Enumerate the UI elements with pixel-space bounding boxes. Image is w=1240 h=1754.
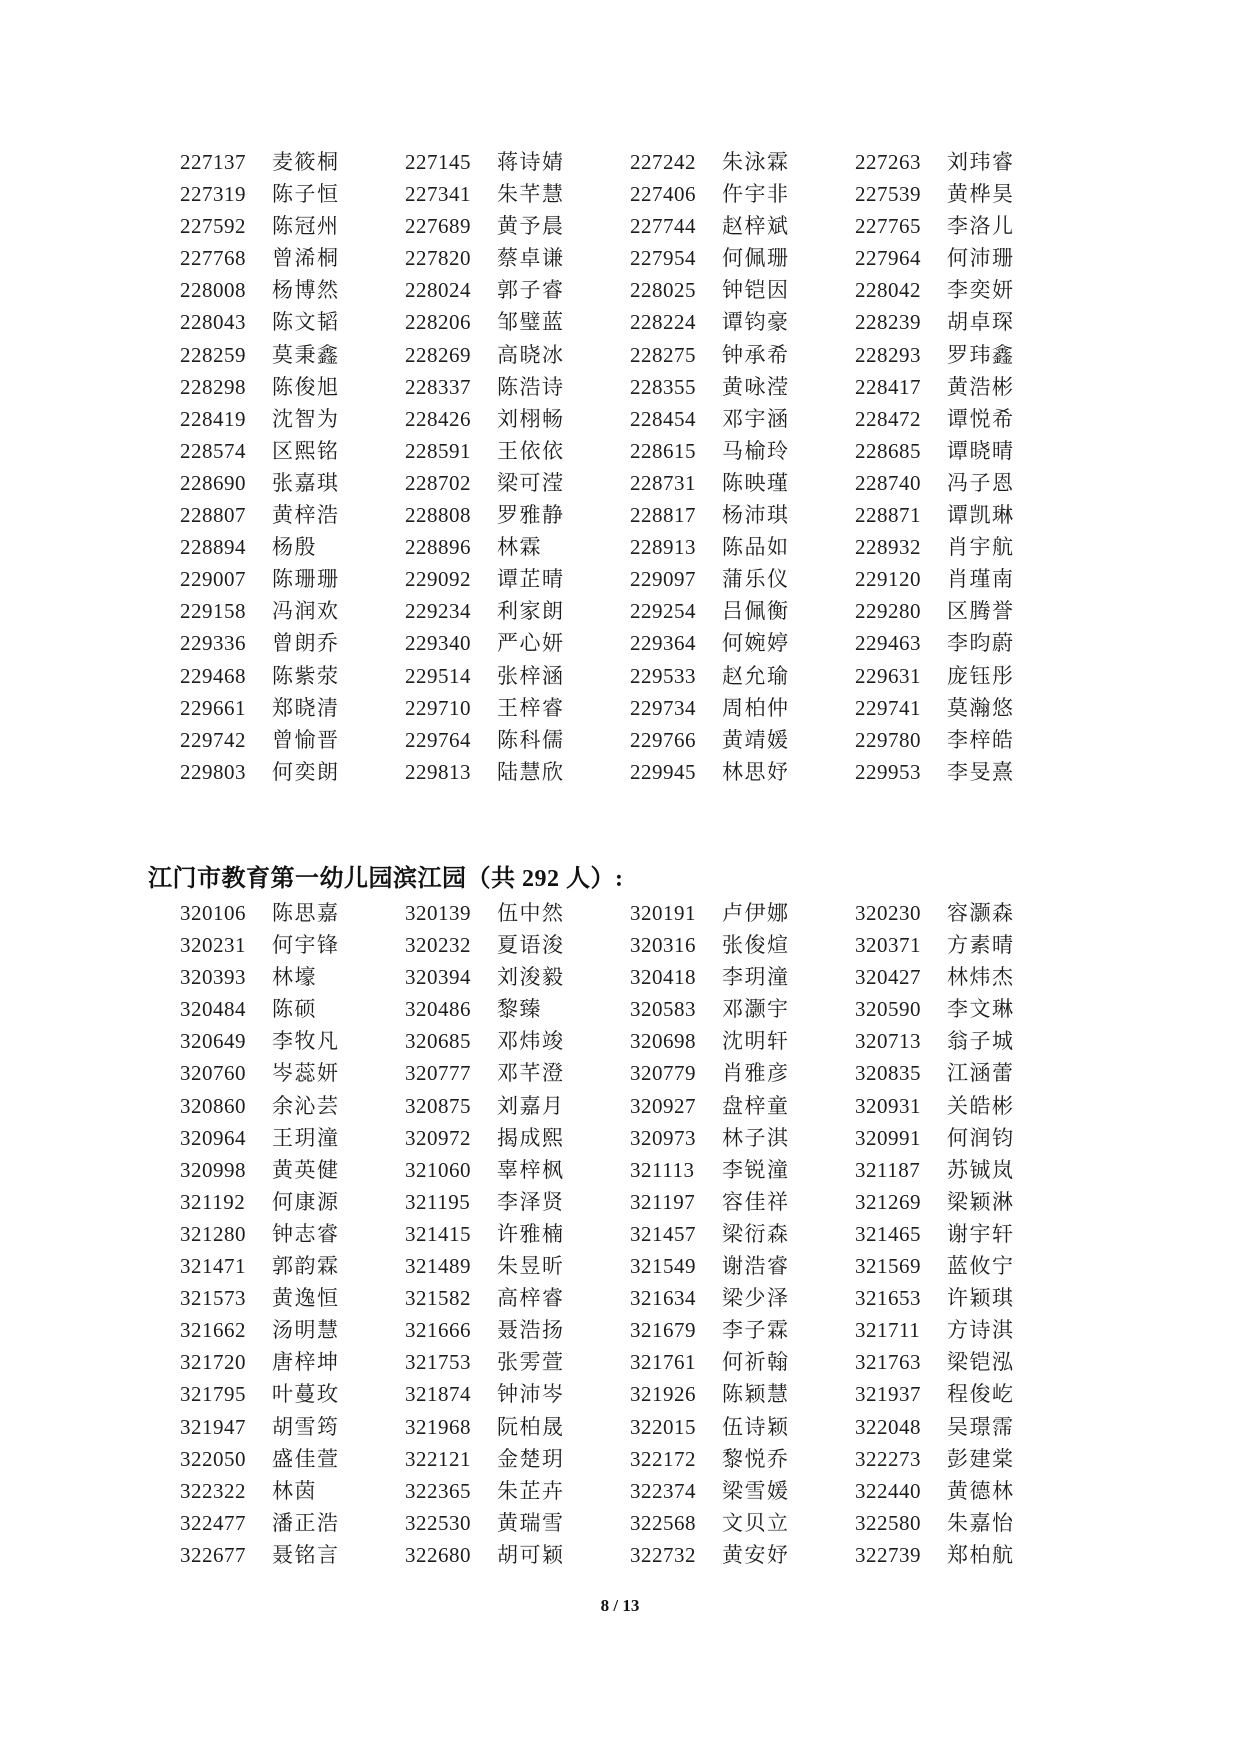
student-name: 刘玮睿 <box>923 146 1080 178</box>
student-name: 黎臻 <box>473 993 630 1025</box>
student-id: 322374 <box>630 1475 698 1507</box>
roster-row: 320649李牧凡320685邓炜竣320698沈明轩320713翁子城 <box>180 1025 1080 1057</box>
student-name: 朱昱昕 <box>473 1250 630 1282</box>
student-name: 张雱萱 <box>473 1346 630 1378</box>
roster-row: 228043陈文韬228206邹璧蓝228224谭钧豪228239胡卓琛 <box>180 306 1080 338</box>
student-name: 朱泳霖 <box>698 146 855 178</box>
student-id: 321761 <box>630 1346 698 1378</box>
roster-row: 229742曾愉晋229764陈科儒229766黄靖媛229780李梓皓 <box>180 724 1080 756</box>
student-id: 320931 <box>855 1090 923 1122</box>
student-name: 朱芊慧 <box>473 178 630 210</box>
student-name: 梁颖淋 <box>923 1186 1080 1218</box>
student-id: 228740 <box>855 467 923 499</box>
student-name: 陈紫荥 <box>248 660 405 692</box>
student-name: 曾朗乔 <box>248 627 405 659</box>
student-id: 321489 <box>405 1250 473 1282</box>
student-id: 321187 <box>855 1154 923 1186</box>
student-id: 229364 <box>630 627 698 659</box>
student-id: 322568 <box>630 1507 698 1539</box>
student-id: 229953 <box>855 756 923 788</box>
student-name: 梁雪媛 <box>698 1475 855 1507</box>
roster-row: 321795叶蔓玫321874钟沛岑321926陈颖慧321937程俊屹 <box>180 1378 1080 1410</box>
student-id: 320191 <box>630 897 698 929</box>
student-name: 谢宇轩 <box>923 1218 1080 1250</box>
student-name: 胡雪筠 <box>248 1411 405 1443</box>
student-name: 陈映瑾 <box>698 467 855 499</box>
student-name: 黄瑞雪 <box>473 1507 630 1539</box>
student-name: 刘栩畅 <box>473 403 630 435</box>
student-name: 胡可颖 <box>473 1539 630 1571</box>
student-id: 228454 <box>630 403 698 435</box>
student-id: 322048 <box>855 1411 923 1443</box>
student-name: 杨博然 <box>248 274 405 306</box>
student-name: 曾浠桐 <box>248 242 405 274</box>
student-name: 汤明慧 <box>248 1314 405 1346</box>
student-name: 谭芷晴 <box>473 563 630 595</box>
student-id: 229813 <box>405 756 473 788</box>
roster-row: 228298陈俊旭228337陈浩诗228355黄咏滢228417黄浩彬 <box>180 371 1080 403</box>
student-name: 李奕妍 <box>923 274 1080 306</box>
student-id: 229766 <box>630 724 698 756</box>
student-id: 227820 <box>405 242 473 274</box>
student-id: 321795 <box>180 1378 248 1410</box>
student-name: 张梓涵 <box>473 660 630 692</box>
student-name: 阮柏晟 <box>473 1411 630 1443</box>
student-name: 何沛珊 <box>923 242 1080 274</box>
document-page: 227137麦筱桐227145蒋诗婧227242朱泳霖227263刘玮睿2273… <box>0 0 1240 1754</box>
student-id: 321569 <box>855 1250 923 1282</box>
roster-row: 228574区熙铭228591王依依228615马榆玲228685谭晓晴 <box>180 435 1080 467</box>
student-id: 227137 <box>180 146 248 178</box>
student-name: 沈明轩 <box>698 1025 855 1057</box>
student-id: 228817 <box>630 499 698 531</box>
student-name: 郭子睿 <box>473 274 630 306</box>
student-name: 辜梓枫 <box>473 1154 630 1186</box>
student-name: 谢浩睿 <box>698 1250 855 1282</box>
student-id: 228275 <box>630 339 698 371</box>
student-name: 吴璟霈 <box>923 1411 1080 1443</box>
roster-row: 322050盛佳萱322121金楚玥322172黎悦乔322273彭建棠 <box>180 1443 1080 1475</box>
student-id: 320860 <box>180 1090 248 1122</box>
student-name: 邓芊澄 <box>473 1057 630 1089</box>
student-name: 李梓皓 <box>923 724 1080 756</box>
student-id: 228206 <box>405 306 473 338</box>
student-name: 苏铖岚 <box>923 1154 1080 1186</box>
student-name: 黄德林 <box>923 1475 1080 1507</box>
student-name: 利家朗 <box>473 595 630 627</box>
student-id: 229254 <box>630 595 698 627</box>
student-id: 228932 <box>855 531 923 563</box>
student-id: 227954 <box>630 242 698 274</box>
student-id: 321269 <box>855 1186 923 1218</box>
student-id: 320713 <box>855 1025 923 1057</box>
student-name: 陈俊旭 <box>248 371 405 403</box>
student-id: 321679 <box>630 1314 698 1346</box>
student-id: 321874 <box>405 1378 473 1410</box>
student-id: 322739 <box>855 1539 923 1571</box>
student-name: 钟承希 <box>698 339 855 371</box>
student-id: 229336 <box>180 627 248 659</box>
roster-row: 229336曾朗乔229340严心妍229364何婉婷229463李昀蔚 <box>180 627 1080 659</box>
student-name: 杨殷 <box>248 531 405 563</box>
student-name: 沈智为 <box>248 403 405 435</box>
student-name: 叶蔓玫 <box>248 1378 405 1410</box>
student-id: 228024 <box>405 274 473 306</box>
student-id: 228298 <box>180 371 248 403</box>
student-id: 228731 <box>630 467 698 499</box>
student-name: 冯子恩 <box>923 467 1080 499</box>
student-name: 朱嘉怡 <box>923 1507 1080 1539</box>
roster-row: 228807黄梓浩228808罗雅静228817杨沛琪228871谭凯琳 <box>180 499 1080 531</box>
student-name: 何宇锋 <box>248 929 405 961</box>
student-name: 容灏森 <box>923 897 1080 929</box>
student-name: 翁子城 <box>923 1025 1080 1057</box>
student-name: 蔡卓谦 <box>473 242 630 274</box>
student-name: 刘浚毅 <box>473 961 630 993</box>
student-id: 228807 <box>180 499 248 531</box>
roster-row: 320860余沁芸320875刘嘉月320927盘梓童320931关皓彬 <box>180 1090 1080 1122</box>
student-id: 320972 <box>405 1122 473 1154</box>
student-name: 曾愉晋 <box>248 724 405 756</box>
student-id: 228426 <box>405 403 473 435</box>
student-id: 320484 <box>180 993 248 1025</box>
student-id: 229780 <box>855 724 923 756</box>
student-id: 320394 <box>405 961 473 993</box>
student-id: 229463 <box>855 627 923 659</box>
student-name: 区腾誉 <box>923 595 1080 627</box>
student-id: 228685 <box>855 435 923 467</box>
student-id: 321192 <box>180 1186 248 1218</box>
student-name: 李昀蔚 <box>923 627 1080 659</box>
student-name: 蒲乐仪 <box>698 563 855 595</box>
student-id: 229741 <box>855 692 923 724</box>
student-id: 320991 <box>855 1122 923 1154</box>
student-name: 黄梓浩 <box>248 499 405 531</box>
student-name: 陈珊珊 <box>248 563 405 595</box>
student-id: 228239 <box>855 306 923 338</box>
student-name: 郑柏航 <box>923 1539 1080 1571</box>
student-id: 321666 <box>405 1314 473 1346</box>
student-name: 何奕朗 <box>248 756 405 788</box>
student-id: 321947 <box>180 1411 248 1443</box>
student-name: 许颖琪 <box>923 1282 1080 1314</box>
student-id: 320964 <box>180 1122 248 1154</box>
student-id: 227145 <box>405 146 473 178</box>
student-id: 321113 <box>630 1154 698 1186</box>
student-id: 322477 <box>180 1507 248 1539</box>
student-id: 227539 <box>855 178 923 210</box>
student-name: 金楚玥 <box>473 1443 630 1475</box>
student-id: 322677 <box>180 1539 248 1571</box>
student-id: 228702 <box>405 467 473 499</box>
student-id: 228896 <box>405 531 473 563</box>
roster-row: 320998黄英健321060辜梓枫321113李锐潼321187苏铖岚 <box>180 1154 1080 1186</box>
student-name: 陈品如 <box>698 531 855 563</box>
student-id: 229514 <box>405 660 473 692</box>
student-name: 岑蕊妍 <box>248 1057 405 1089</box>
roster-row: 320964王玥潼320972揭成熙320973林子淇320991何润钧 <box>180 1122 1080 1154</box>
student-id: 229120 <box>855 563 923 595</box>
student-name: 陈冠州 <box>248 210 405 242</box>
student-id: 228690 <box>180 467 248 499</box>
student-name: 莫瀚悠 <box>923 692 1080 724</box>
student-id: 227341 <box>405 178 473 210</box>
roster-row: 320231何宇锋320232夏语浚320316张俊煊320371方素晴 <box>180 929 1080 961</box>
student-name: 高梓睿 <box>473 1282 630 1314</box>
roster-row: 228894杨殷228896林霖228913陈品如228932肖宇航 <box>180 531 1080 563</box>
student-name: 吕佩衡 <box>698 595 855 627</box>
student-name: 陈浩诗 <box>473 371 630 403</box>
roster-row: 321192何康源321195李泽贤321197容佳祥321269梁颖淋 <box>180 1186 1080 1218</box>
student-name: 林霖 <box>473 531 630 563</box>
student-id: 229280 <box>855 595 923 627</box>
student-name: 陈文韬 <box>248 306 405 338</box>
student-name: 蓝攸宁 <box>923 1250 1080 1282</box>
student-id: 322680 <box>405 1539 473 1571</box>
student-id: 227242 <box>630 146 698 178</box>
student-id: 322530 <box>405 1507 473 1539</box>
student-name: 李锐潼 <box>698 1154 855 1186</box>
student-id: 229710 <box>405 692 473 724</box>
student-name: 郭韵霖 <box>248 1250 405 1282</box>
student-id: 227964 <box>855 242 923 274</box>
student-name: 陆慧欣 <box>473 756 630 788</box>
student-name: 陈思嘉 <box>248 897 405 929</box>
student-name: 黄靖媛 <box>698 724 855 756</box>
student-id: 321195 <box>405 1186 473 1218</box>
student-name: 林炜杰 <box>923 961 1080 993</box>
student-name: 钟志睿 <box>248 1218 405 1250</box>
student-name: 林思妤 <box>698 756 855 788</box>
student-id: 228269 <box>405 339 473 371</box>
student-name: 黄桦昊 <box>923 178 1080 210</box>
student-id: 320231 <box>180 929 248 961</box>
student-name: 罗雅静 <box>473 499 630 531</box>
roster-row: 321662汤明慧321666聂浩扬321679李子霖321711方诗淇 <box>180 1314 1080 1346</box>
roster-row: 322677聂铭言322680胡可颖322732黄安妤322739郑柏航 <box>180 1539 1080 1571</box>
student-id: 321720 <box>180 1346 248 1378</box>
student-id: 229764 <box>405 724 473 756</box>
student-id: 227263 <box>855 146 923 178</box>
student-name: 聂铭言 <box>248 1539 405 1571</box>
student-name: 盘梓童 <box>698 1090 855 1122</box>
student-id: 320427 <box>855 961 923 993</box>
student-name: 邓炜竣 <box>473 1025 630 1057</box>
student-id: 229945 <box>630 756 698 788</box>
student-name: 关皓彬 <box>923 1090 1080 1122</box>
student-name: 谭钧豪 <box>698 306 855 338</box>
student-id: 227592 <box>180 210 248 242</box>
student-id: 228913 <box>630 531 698 563</box>
student-name: 李旻熹 <box>923 756 1080 788</box>
student-name: 方诗淇 <box>923 1314 1080 1346</box>
student-id: 229007 <box>180 563 248 595</box>
student-name: 谭悦希 <box>923 403 1080 435</box>
student-id: 320927 <box>630 1090 698 1122</box>
student-id: 320230 <box>855 897 923 929</box>
student-id: 228417 <box>855 371 923 403</box>
student-id: 321549 <box>630 1250 698 1282</box>
student-name: 冯润欢 <box>248 595 405 627</box>
roster-row: 228008杨博然228024郭子睿228025钟铠因228042李奕妍 <box>180 274 1080 306</box>
roster-row: 229803何奕朗229813陆慧欣229945林思妤229953李旻熹 <box>180 756 1080 788</box>
student-id: 227689 <box>405 210 473 242</box>
student-id: 228293 <box>855 339 923 371</box>
student-name: 何佩珊 <box>698 242 855 274</box>
roster-row: 322322林茵322365朱芷卉322374梁雪媛322440黄德林 <box>180 1475 1080 1507</box>
student-id: 229468 <box>180 660 248 692</box>
student-name: 夏语浚 <box>473 929 630 961</box>
student-id: 322050 <box>180 1443 248 1475</box>
student-id: 228808 <box>405 499 473 531</box>
roster-row: 321471郭韵霖321489朱昱昕321549谢浩睿321569蓝攸宁 <box>180 1250 1080 1282</box>
student-name: 杨沛琪 <box>698 499 855 531</box>
roster-row: 229007陈珊珊229092谭芷晴229097蒲乐仪229120肖瑾南 <box>180 563 1080 595</box>
roster-row: 227137麦筱桐227145蒋诗婧227242朱泳霖227263刘玮睿 <box>180 146 1080 178</box>
student-id: 322322 <box>180 1475 248 1507</box>
roster-row: 320393林壕320394刘浚毅320418李玥潼320427林炜杰 <box>180 961 1080 993</box>
roster-row: 227319陈子恒227341朱芊慧227406仵宇非227539黄桦昊 <box>180 178 1080 210</box>
student-name: 揭成熙 <box>473 1122 630 1154</box>
student-name: 聂浩扬 <box>473 1314 630 1346</box>
student-name: 朱芷卉 <box>473 1475 630 1507</box>
student-name: 黄浩彬 <box>923 371 1080 403</box>
roster-row: 320484陈硕320486黎臻320583邓灏宇320590李文琳 <box>180 993 1080 1025</box>
student-id: 320779 <box>630 1057 698 1089</box>
student-name: 张嘉琪 <box>248 467 405 499</box>
student-id: 321197 <box>630 1186 698 1218</box>
roster-row: 227768曾浠桐227820蔡卓谦227954何佩珊227964何沛珊 <box>180 242 1080 274</box>
section-heading: 江门市教育第一幼儿园滨江园（共 292 人）: <box>148 862 624 896</box>
student-id: 229631 <box>855 660 923 692</box>
student-name: 马榆玲 <box>698 435 855 467</box>
student-id: 228337 <box>405 371 473 403</box>
roster-block-1: 227137麦筱桐227145蒋诗婧227242朱泳霖227263刘玮睿2273… <box>180 146 1080 788</box>
student-id: 228259 <box>180 339 248 371</box>
student-id: 322121 <box>405 1443 473 1475</box>
student-name: 王梓睿 <box>473 692 630 724</box>
roster-row: 321280钟志睿321415许雅楠321457梁衍森321465谢宇轩 <box>180 1218 1080 1250</box>
roster-row: 229158冯润欢229234利家朗229254吕佩衡229280区腾誉 <box>180 595 1080 627</box>
student-name: 梁少泽 <box>698 1282 855 1314</box>
student-id: 321653 <box>855 1282 923 1314</box>
page-number: 8 / 13 <box>0 1596 1240 1616</box>
student-id: 229734 <box>630 692 698 724</box>
student-name: 王玥潼 <box>248 1122 405 1154</box>
student-id: 320583 <box>630 993 698 1025</box>
student-id: 322732 <box>630 1539 698 1571</box>
student-name: 余沁芸 <box>248 1090 405 1122</box>
student-name: 何婉婷 <box>698 627 855 659</box>
student-id: 229097 <box>630 563 698 595</box>
student-id: 320777 <box>405 1057 473 1089</box>
student-id: 228472 <box>855 403 923 435</box>
student-name: 陈颖慧 <box>698 1378 855 1410</box>
student-id: 322440 <box>855 1475 923 1507</box>
student-id: 321415 <box>405 1218 473 1250</box>
student-id: 228224 <box>630 306 698 338</box>
student-name: 赵梓斌 <box>698 210 855 242</box>
student-id: 228894 <box>180 531 248 563</box>
student-id: 229234 <box>405 595 473 627</box>
student-name: 唐梓坤 <box>248 1346 405 1378</box>
student-name: 周柏仲 <box>698 692 855 724</box>
student-name: 李牧凡 <box>248 1025 405 1057</box>
student-id: 320106 <box>180 897 248 929</box>
student-id: 227765 <box>855 210 923 242</box>
student-id: 320998 <box>180 1154 248 1186</box>
student-name: 方素晴 <box>923 929 1080 961</box>
student-id: 228042 <box>855 274 923 306</box>
student-id: 320875 <box>405 1090 473 1122</box>
student-id: 321926 <box>630 1378 698 1410</box>
student-id: 228008 <box>180 274 248 306</box>
student-name: 张俊煊 <box>698 929 855 961</box>
student-name: 李文琳 <box>923 993 1080 1025</box>
student-id: 321968 <box>405 1411 473 1443</box>
student-name: 赵允瑜 <box>698 660 855 692</box>
student-id: 321711 <box>855 1314 923 1346</box>
student-name: 彭建棠 <box>923 1443 1080 1475</box>
student-name: 区熙铭 <box>248 435 405 467</box>
student-name: 陈硕 <box>248 993 405 1025</box>
roster-row: 229661郑晓清229710王梓睿229734周柏仲229741莫瀚悠 <box>180 692 1080 724</box>
student-id: 321465 <box>855 1218 923 1250</box>
student-name: 何康源 <box>248 1186 405 1218</box>
student-id: 320139 <box>405 897 473 929</box>
student-id: 229742 <box>180 724 248 756</box>
student-id: 322015 <box>630 1411 698 1443</box>
student-name: 黄逸恒 <box>248 1282 405 1314</box>
student-name: 许雅楠 <box>473 1218 630 1250</box>
student-id: 227768 <box>180 242 248 274</box>
student-name: 何润钧 <box>923 1122 1080 1154</box>
student-id: 320371 <box>855 929 923 961</box>
roster-row: 322477潘正浩322530黄瑞雪322568文贝立322580朱嘉怡 <box>180 1507 1080 1539</box>
student-name: 邹璧蓝 <box>473 306 630 338</box>
student-id: 320698 <box>630 1025 698 1057</box>
student-name: 谭晓晴 <box>923 435 1080 467</box>
student-id: 228574 <box>180 435 248 467</box>
student-id: 228871 <box>855 499 923 531</box>
student-name: 林茵 <box>248 1475 405 1507</box>
student-name: 何祈翰 <box>698 1346 855 1378</box>
student-name: 胡卓琛 <box>923 306 1080 338</box>
student-name: 盛佳萱 <box>248 1443 405 1475</box>
student-name: 邓灏宇 <box>698 993 855 1025</box>
student-id: 228591 <box>405 435 473 467</box>
student-id: 321457 <box>630 1218 698 1250</box>
student-id: 320590 <box>855 993 923 1025</box>
student-id: 321280 <box>180 1218 248 1250</box>
student-id: 228043 <box>180 306 248 338</box>
student-id: 229092 <box>405 563 473 595</box>
roster-row: 320106陈思嘉320139伍中然320191卢伊娜320230容灏森 <box>180 897 1080 929</box>
student-name: 仵宇非 <box>698 178 855 210</box>
student-id: 320486 <box>405 993 473 1025</box>
student-name: 高晓冰 <box>473 339 630 371</box>
student-name: 罗玮鑫 <box>923 339 1080 371</box>
student-name: 肖瑾南 <box>923 563 1080 595</box>
roster-row: 228419沈智为228426刘栩畅228454邓宇涵228472谭悦希 <box>180 403 1080 435</box>
student-name: 江涵蕾 <box>923 1057 1080 1089</box>
student-name: 庞钰彤 <box>923 660 1080 692</box>
student-name: 伍中然 <box>473 897 630 929</box>
student-name: 程俊屹 <box>923 1378 1080 1410</box>
student-id: 321582 <box>405 1282 473 1314</box>
student-name: 麦筱桐 <box>248 146 405 178</box>
student-name: 谭凯琳 <box>923 499 1080 531</box>
